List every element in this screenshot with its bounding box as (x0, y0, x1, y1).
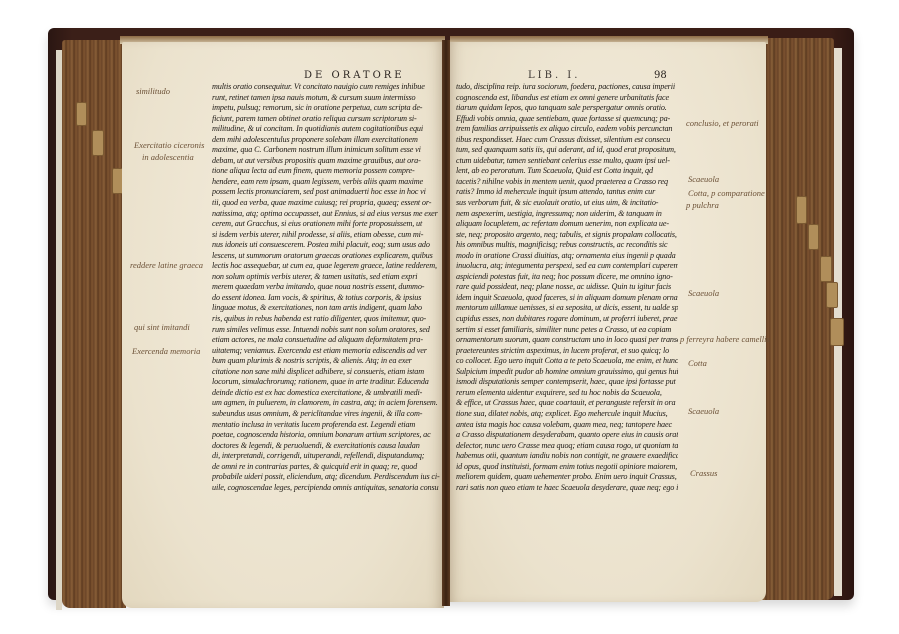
text-line: aspiciendi potestas fuit, ita neq; hoc p… (456, 272, 678, 283)
text-line: ismodi disputationis semper contempserit… (456, 377, 678, 388)
right-fore-edge (762, 38, 834, 600)
left-fore-edge (62, 40, 126, 608)
marginal-note: p ferreyra habere camellis (680, 334, 770, 344)
page-tab (808, 224, 819, 250)
text-line: rari satis non queo etiam te haec Scaeuo… (456, 483, 678, 494)
text-line: mentorum uillamue uenisses, si ea seposi… (456, 303, 678, 314)
text-line: sus verborum fuit, & sic euolauit oratio… (456, 198, 678, 209)
text-line: nem aspexerim, uestigia, ingressumq; non… (456, 209, 678, 220)
text-line: Sulpicium impedit pudor ab homine omnium… (456, 367, 678, 378)
text-line: subeundus usus omnium, & periclitandae v… (212, 409, 444, 420)
text-line: uitatemq; veniamus. Exercenda est etiam … (212, 346, 444, 357)
left-cover-lining (56, 50, 62, 610)
text-line: inuolucra, atq; integumenta perspexi, se… (456, 261, 678, 272)
text-line: & effice, ut Crassus haec, quae coartaui… (456, 398, 678, 409)
text-line: ctum uidebatur, tamen sentiebant celeriu… (456, 156, 678, 167)
text-line: tacetis? nihilne vobis in mentem uenit, … (456, 177, 678, 188)
left-running-head: DE ORATORE (304, 70, 405, 81)
marginal-note: Cotta, p comparatione (688, 188, 765, 198)
text-line: di, interpretandi, corrigendi, uituperan… (212, 451, 444, 462)
text-line: natissima, atq; optima occupasset, aut E… (212, 209, 444, 220)
text-line: sertim si esset familiaris, similiter nu… (456, 325, 678, 336)
text-line: mentatio inclusa in veritatis lucem prof… (212, 420, 444, 431)
page-tab (820, 256, 832, 282)
text-line: delector, nunc uero Crasse mea quoq; eti… (456, 441, 678, 452)
text-line: merem quaedam verba imitando, quae noua … (212, 282, 444, 293)
text-line: runt, retinet tamen ipsa nauis motum, & … (212, 93, 444, 104)
marginal-note: Scaeuola (688, 406, 719, 416)
text-line: antea ista magis hoc causa volebam, quam… (456, 420, 678, 431)
text-line: co collocet. Ego uero inquit Cotta a te … (456, 356, 678, 367)
text-line: ornamentorum suorum, quam constructam un… (456, 335, 678, 346)
marginal-note: Crassus (690, 468, 717, 478)
text-line: impetu, pulsuq; remorum, sic in oratione… (212, 103, 444, 114)
book-photo-scene: DE ORATORE LIB. I. 98 multis oratio cons… (0, 0, 899, 634)
text-line: meliorem quidem, quam uehementer probo. … (456, 472, 678, 483)
text-line: rare quid possideat, neq; plane nosse, a… (456, 282, 678, 293)
text-line: multis oratio consequitur. Vt concitato … (212, 82, 444, 93)
text-line: possem lectis pronunciarem, sed post ani… (212, 187, 444, 198)
text-line: Effudi vobis omnia, quae sentiebam, quae… (456, 114, 678, 125)
text-line: tibus respondisset. Haec cum Crassus dix… (456, 135, 678, 146)
text-line: his omnibus multis, magnificisq; rebus c… (456, 240, 678, 251)
text-line: id opus, quod instituisti, formam enim t… (456, 462, 678, 473)
text-line: si isdem verbis uterer, nihil prodesse, … (212, 230, 444, 241)
text-line: ficiunt, parem tamen obtinet oratio reli… (212, 114, 444, 125)
marginal-note: conclusio, et perorati (686, 118, 759, 128)
text-line: dem mihi adolescentulus proponere soleba… (212, 135, 444, 146)
text-line: lescens, ut summorum oratorum graecas or… (212, 251, 444, 262)
text-line: maxime, qua C. Carbonem nostrum illum in… (212, 145, 444, 156)
text-line: idem inquit Scaeuola, quod faceres, si i… (456, 293, 678, 304)
page-tab (76, 102, 87, 126)
marginal-note: qui sint imitandi (134, 322, 190, 332)
text-line: praetereuntes strictim aspeximus, in luc… (456, 346, 678, 357)
text-line: tiarum quidam lepos, quo tanquam sale pe… (456, 103, 678, 114)
text-line: poetae, cognoscenda historia, omnium bon… (212, 430, 444, 441)
page-tab (826, 282, 838, 308)
text-line: cognoscenda est, libandus est etiam ex o… (456, 93, 678, 104)
text-line: cerem, aut Gracchus, si eius orationem m… (212, 219, 444, 230)
text-line: tum, sed quanquam satis iis, qui aderant… (456, 145, 678, 156)
text-line: ratis? Immo id mehercule inquit ipsum at… (456, 187, 678, 198)
text-line: debam, ut aut versibus propositis quam m… (212, 156, 444, 167)
text-line: cupidus esses, non dubitares rogare domi… (456, 314, 678, 325)
page-tab (796, 196, 807, 224)
page-tab (92, 130, 104, 156)
text-line: um agmen, in puluerem, in clamorem, in c… (212, 398, 444, 409)
marginal-note: similitudo (136, 86, 170, 96)
text-line: ris, quibus in rebus habenda est ratio d… (212, 314, 444, 325)
text-line: uile, cognoscendae leges, percipienda om… (212, 483, 444, 494)
text-line: hendere, eam rem ipsam, quam legissem, v… (212, 177, 444, 188)
text-line: tii, quod ea verba, quae maxime cuiusq; … (212, 198, 444, 209)
text-line: do essent idonea. Iam vocis, & spiritus,… (212, 293, 444, 304)
marginal-note: Exercenda memoria (132, 346, 200, 356)
text-line: ste, neq; proposito argento, neq; tabuli… (456, 230, 678, 241)
text-line: tione aliqua lecta ad eum finem, quem me… (212, 166, 444, 177)
text-line: rerum elementa uidentur exquirere, sed t… (456, 388, 678, 399)
text-line: a Crasso disputationem desyderabam, quan… (456, 430, 678, 441)
marginal-note: reddere latine graeca (130, 260, 203, 270)
text-line: probabile uideri possit, eliciendum, atq… (212, 472, 444, 483)
text-line: doctores & legendi, & peruoluendi, & exe… (212, 441, 444, 452)
text-line: de omni re in contrarias partes, & quicq… (212, 462, 444, 473)
marginal-note: Scaeuola (688, 288, 719, 298)
marginal-note: Exercitatio ciceronis (134, 140, 204, 150)
text-line: nus idoneis uti consuescerem. Postea mih… (212, 240, 444, 251)
left-page-text: multis oratio consequitur. Vt concitato … (212, 82, 444, 512)
page-tab (830, 318, 844, 346)
text-line: habemus otii, quantum iandiu nobis non c… (456, 451, 678, 462)
text-line: tione sua, dilatet nobis, atq; explicet.… (456, 409, 678, 420)
text-line: aliquam locupletem, ac refertam domum ue… (456, 219, 678, 230)
text-line: etiam actores, ne mala consuetudine ad a… (212, 335, 444, 346)
text-line: modo in oratione Crassi diuitias, atq; o… (456, 251, 678, 262)
right-page-text: tudo, disciplina reip. iura sociorum, fo… (456, 82, 678, 502)
marginal-note: Scaeuola (688, 174, 719, 184)
marginal-note: Cotta (688, 358, 707, 368)
marginal-note: in adolescentia (142, 152, 194, 162)
text-line: rum similes velimus esse. Intuendi nobis… (212, 325, 444, 336)
text-line: bum quam plurimis & nostris scriptis, & … (212, 356, 444, 367)
right-running-head: LIB. I. (528, 70, 580, 81)
text-line: linguae motus, & exercitationes, non tam… (212, 303, 444, 314)
text-line: trem familias arripuissetis ex aliquo ci… (456, 124, 678, 135)
text-line: lent, ab eo peroratum. Tum Scaeuola, Qui… (456, 166, 678, 177)
text-line: citatione non sane mihi displicet adhibe… (212, 367, 444, 378)
marginal-note: p pulchra (686, 200, 719, 210)
text-line: deinde dictio est ex hac domestica exerc… (212, 388, 444, 399)
page-number: 98 (654, 70, 667, 81)
text-line: militudine, & ui concitam. In quotidiani… (212, 124, 444, 135)
text-line: lectis hoc assequebar, ut cum ea, quae l… (212, 261, 444, 272)
text-line: non solum optimis verbis uterer, & tamen… (212, 272, 444, 283)
text-line: tudo, disciplina reip. iura sociorum, fo… (456, 82, 678, 93)
text-line: locorum, simulachrorumq; rationem, quae … (212, 377, 444, 388)
